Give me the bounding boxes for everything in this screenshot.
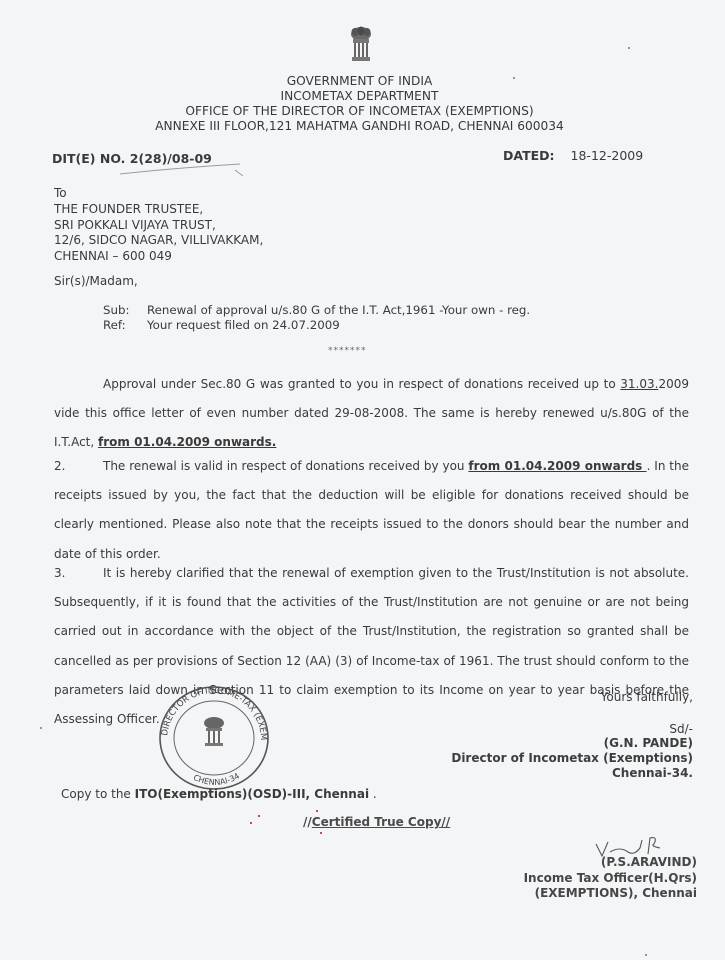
- separator: *******: [328, 346, 367, 356]
- scan-speck: [40, 727, 42, 729]
- svg-text:DIRECTOR OF INCOME-TAX (EXEMPT: DIRECTOR OF INCOME-TAX (EXEMPTIONS): [153, 682, 268, 741]
- reference-line: Ref:Your request filed on 24.07.2009: [103, 318, 340, 332]
- office-seal-icon: DIRECTOR OF INCOME-TAX (EXEMPTIONS) CHEN…: [153, 682, 275, 794]
- certified-true-copy: //Certified True Copy//: [303, 815, 450, 829]
- para-text: The renewal is valid in respect of donat…: [103, 459, 468, 473]
- copy-prefix: Copy to the: [61, 787, 135, 801]
- emphasis-text: from 01.04.2009 onwards.: [98, 435, 276, 449]
- dated-value: 18-12-2009: [571, 148, 644, 163]
- ink-speck: [250, 822, 252, 824]
- addressee-to: To: [54, 186, 263, 202]
- header-government: GOVERNMENT OF INDIA: [0, 74, 722, 88]
- director-designation: Director of Incometax (Exemptions): [451, 751, 693, 766]
- ctc-suffix: //: [441, 815, 450, 829]
- officer-designation: Income Tax Officer(H.Qrs): [524, 871, 697, 887]
- salutation: Sir(s)/Madam,: [54, 274, 138, 288]
- svg-text:CHENNAI-34: CHENNAI-34: [192, 771, 241, 787]
- addressee-line: SRI POKKALI VIJAYA TRUST,: [54, 218, 263, 234]
- header-department: INCOMETAX DEPARTMENT: [0, 89, 722, 103]
- officer-block: (P.S.ARAVIND) Income Tax Officer(H.Qrs) …: [524, 855, 697, 902]
- copy-recipient: ITO(Exemptions)(OSD)-III, Chennai: [135, 787, 369, 801]
- subject-line: Sub:Renewal of approval u/s.80 G of the …: [103, 303, 530, 317]
- dated-field: DATED:18-12-2009: [503, 148, 643, 163]
- copy-to-line: Copy to the ITO(Exemptions)(OSD)-III, Ch…: [61, 787, 377, 801]
- officer-name: (P.S.ARAVIND): [524, 855, 697, 871]
- director-place: Chennai-34.: [451, 766, 693, 781]
- emphasis-text: from 01.04.2009 onwards: [468, 459, 646, 473]
- paragraph-2: 2.The renewal is valid in respect of don…: [54, 452, 689, 569]
- addressee-block: To THE FOUNDER TRUSTEE, SRI POKKALI VIJA…: [54, 186, 263, 265]
- copy-suffix: .: [369, 787, 377, 801]
- scan-speck: [513, 77, 515, 79]
- para-number: 2.: [54, 452, 103, 481]
- header-office: OFFICE OF THE DIRECTOR OF INCOMETAX (EXE…: [0, 104, 722, 118]
- subject-label: Sub:: [103, 303, 147, 317]
- scan-speck: [628, 47, 630, 49]
- header-address: ANNEXE III FLOOR,121 MAHATMA GANDHI ROAD…: [0, 119, 722, 133]
- paragraph-3: 3.It is hereby clarified that the renewa…: [54, 559, 689, 734]
- yours-faithfully: Yours faithfully,: [601, 690, 693, 704]
- ref-label: Ref:: [103, 318, 147, 332]
- underlined-date: 31.03.: [620, 377, 658, 391]
- officer-office: (EXEMPTIONS), Chennai: [524, 886, 697, 902]
- para-text: It is hereby clarified that the renewal …: [54, 566, 689, 726]
- director-name: (G.N. PANDE): [451, 736, 693, 751]
- signed-mark: Sd/-: [669, 722, 693, 736]
- ctc-text: Certified True Copy: [312, 815, 442, 829]
- para-text: . In the receipts issued by you, the fac…: [54, 459, 689, 561]
- letter-page: GOVERNMENT OF INDIA INCOMETAX DEPARTMENT…: [0, 0, 725, 960]
- ref-text: Your request filed on 24.07.2009: [147, 318, 340, 332]
- addressee-line: CHENNAI – 600 049: [54, 249, 263, 265]
- scan-speck: [645, 954, 647, 956]
- ink-speck: [320, 832, 322, 834]
- subject-text: Renewal of approval u/s.80 G of the I.T.…: [147, 303, 530, 317]
- ctc-prefix: //: [303, 815, 312, 829]
- ink-speck: [316, 810, 318, 812]
- ink-speck: [258, 815, 260, 817]
- addressee-line: 12/6, SIDCO NAGAR, VILLIVAKKAM,: [54, 233, 263, 249]
- national-emblem-icon: [349, 25, 373, 65]
- addressee-line: THE FOUNDER TRUSTEE,: [54, 202, 263, 218]
- director-signature-block: (G.N. PANDE) Director of Incometax (Exem…: [451, 736, 693, 781]
- para-text: Approval under Sec.80 G was granted to y…: [103, 377, 620, 391]
- paragraph-1: Approval under Sec.80 G was granted to y…: [54, 370, 689, 458]
- para-number: 3.: [54, 559, 103, 588]
- pen-stroke: [115, 160, 250, 180]
- dated-label: DATED:: [503, 148, 555, 163]
